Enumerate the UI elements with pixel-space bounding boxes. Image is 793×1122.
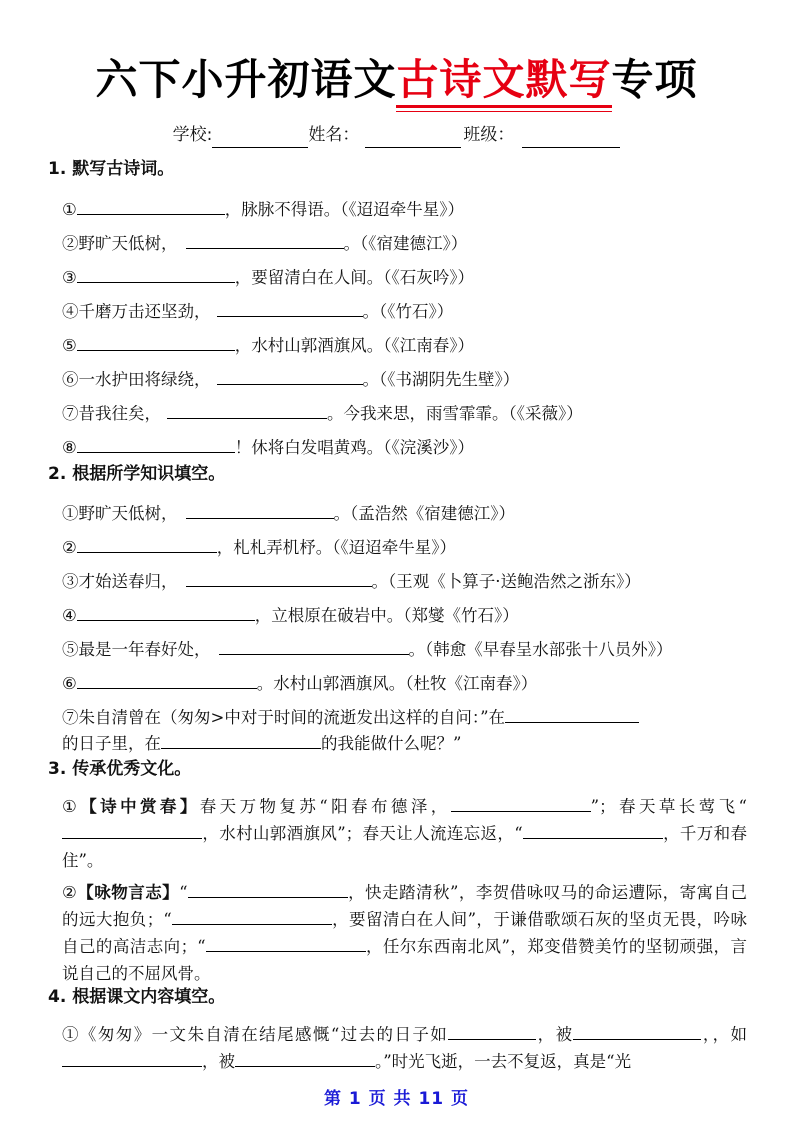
s1-item-2: ②野旷天低树，。（《宿建德江》） xyxy=(62,230,467,256)
s2-item-5: ⑤最是一年春好处，。（韩愈《早春呈水部张十八员外》） xyxy=(62,636,673,662)
class-field[interactable] xyxy=(522,127,620,148)
answer-blank[interactable] xyxy=(217,298,363,317)
s2-item-3: ③才始送春归，。（王观《卜算子·送鲍浩然之浙东》） xyxy=(62,568,641,594)
name-label: 姓名： xyxy=(308,125,359,145)
s2-item-6: ⑥。水村山郭酒旗风。（杜牧《江南春》） xyxy=(62,670,537,696)
answer-blank[interactable] xyxy=(77,264,235,283)
answer-blank[interactable] xyxy=(77,332,235,351)
s1-item-5: ⑤，水村山郭酒旗风。（《江南春》） xyxy=(62,332,474,358)
answer-blank[interactable] xyxy=(235,1048,375,1067)
answer-blank[interactable] xyxy=(186,500,334,519)
title-prefix: 六下小升初语文 xyxy=(95,55,396,104)
s3-item-2: ②【咏物言志】“，快走踏清秋”，李贺借咏叹马的命运遭际，寄寓自己的远大抱负；“，… xyxy=(62,879,747,987)
school-label: 学校: xyxy=(173,125,213,145)
s2-item-4: ④，立根原在破岩中。（郑燮《竹石》） xyxy=(62,602,519,628)
school-field[interactable] xyxy=(212,127,308,148)
s1-item-1: ①，脉脉不得语。（《迢迢牵牛星》） xyxy=(62,196,464,222)
answer-blank[interactable] xyxy=(186,230,344,249)
s3-item-1: ①【诗中赏春】春天万物复苏“阳春布德泽，”；春天草长莺飞“，水村山郭酒旗风”；春… xyxy=(62,793,747,874)
section-2-heading: 2. 根据所学知识填空。 xyxy=(48,462,225,486)
section-3-heading: 3. 传承优秀文化。 xyxy=(48,757,191,781)
answer-blank[interactable] xyxy=(77,434,235,453)
answer-blank[interactable] xyxy=(77,196,225,215)
s1-item-4: ④千磨万击还坚劲，。（《竹石》） xyxy=(62,298,453,324)
answer-blank[interactable] xyxy=(217,366,363,385)
answer-blank[interactable] xyxy=(77,602,255,621)
page-footer: 第 1 页 共 11 页 xyxy=(0,1084,793,1109)
student-info: 学校:姓名：班级： xyxy=(0,122,793,148)
section-1-heading: 1. 默写古诗词。 xyxy=(48,157,174,181)
answer-blank[interactable] xyxy=(505,704,639,723)
s2-item-2: ②，札札弄机杼。（《迢迢牵牛星》） xyxy=(62,534,456,560)
answer-blank[interactable] xyxy=(186,568,372,587)
answer-blank[interactable] xyxy=(161,730,321,749)
s2-item-7-line1: ⑦朱自清曾在（匆匆>中对于时间的流逝发出这样的自问：”在 xyxy=(62,704,639,730)
answer-blank[interactable] xyxy=(167,400,327,419)
answer-blank[interactable] xyxy=(62,820,202,839)
s1-item-3: ③，要留清白在人间。（《石灰吟》） xyxy=(62,264,474,290)
class-label: 班级： xyxy=(463,125,514,145)
answer-blank[interactable] xyxy=(206,933,366,952)
answer-blank[interactable] xyxy=(523,820,663,839)
answer-blank[interactable] xyxy=(573,1021,701,1040)
s2-item-1: ①野旷天低树，。（孟浩然《宿建德江》） xyxy=(62,500,515,526)
title-highlight: 古诗文默写 xyxy=(396,52,611,108)
s4-item-1: ①《匆匆》一文朱自清在结尾感慨“过去的日子如，被，，如，被。”时光飞逝，一去不复… xyxy=(62,1021,747,1075)
s1-item-8: ⑧！休将白发唱黄鸡。（《浣溪沙》） xyxy=(62,434,474,460)
s2-item-7-line2: 的日子里，在的我能做什么呢？” xyxy=(62,730,461,756)
answer-blank[interactable] xyxy=(451,793,591,812)
answer-blank[interactable] xyxy=(188,879,348,898)
answer-blank[interactable] xyxy=(219,636,409,655)
answer-blank[interactable] xyxy=(172,906,332,925)
name-field[interactable] xyxy=(365,127,461,148)
answer-blank[interactable] xyxy=(448,1021,536,1040)
page-title: 六下小升初语文古诗文默写专项 xyxy=(0,52,793,108)
section-4-heading: 4. 根据课文内容填空。 xyxy=(48,985,225,1009)
answer-blank[interactable] xyxy=(62,1048,202,1067)
title-suffix: 专项 xyxy=(612,55,698,104)
s1-item-6: ⑥一水护田将绿绕，。（《书湖阴先生壁》） xyxy=(62,366,519,392)
answer-blank[interactable] xyxy=(77,670,257,689)
s1-item-7: ⑦昔我往矣，。今我来思，雨雪霏霏。（《采薇》） xyxy=(62,400,583,426)
answer-blank[interactable] xyxy=(77,534,217,553)
